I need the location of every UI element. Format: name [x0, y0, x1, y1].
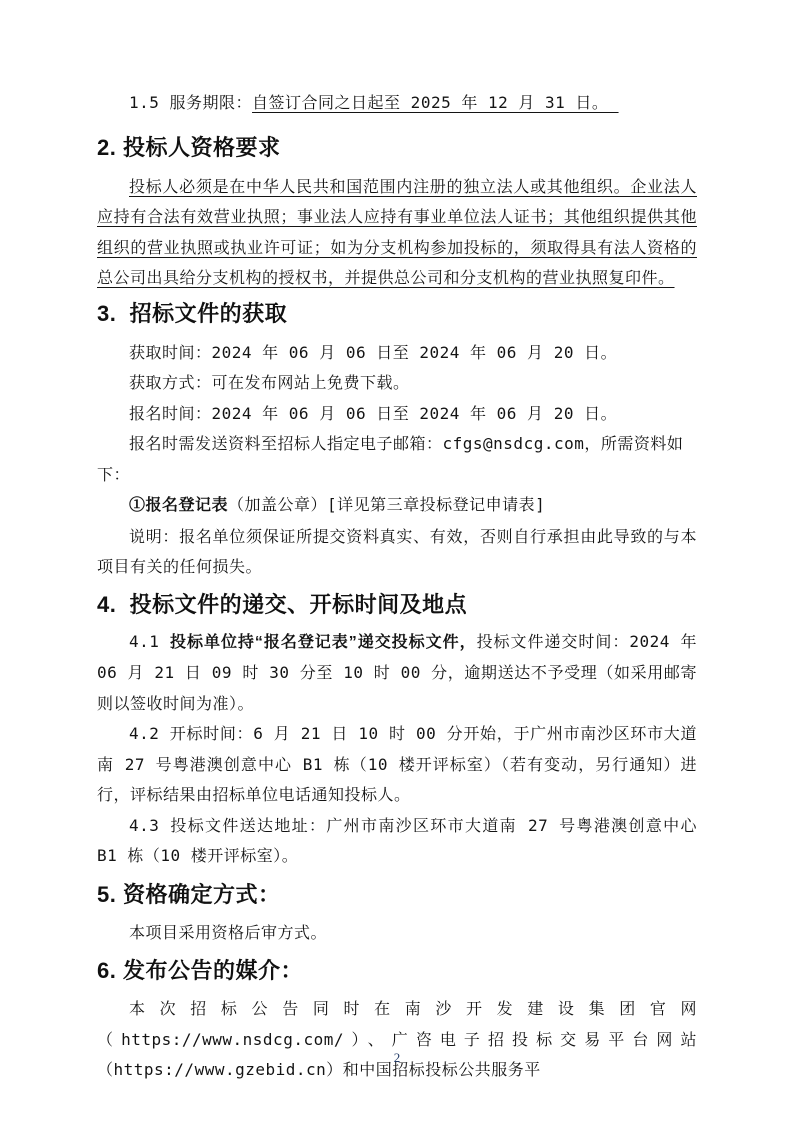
clause-1-5-value: 自签订合同之日起至 2025 年 12 月 31 日。 [252, 93, 619, 112]
clause-4-2: 4.2 开标时间：6 月 21 日 10 时 00 分开始，于广州市南沙区环市大… [97, 719, 697, 811]
clause-1-5: 1.5 服务期限：自签订合同之日起至 2025 年 12 月 31 日。 [97, 88, 697, 119]
clause-4-1-bold: 投标单位持“报名登记表”递交投标文件， [170, 634, 477, 651]
clause-4-3: 4.3 投标文件送达地址：广州市南沙区环市大道南 27 号粤港澳创意中心 B1 … [97, 811, 697, 872]
heading-section-3: 3. 招标文件的获取 [97, 299, 697, 329]
section-3-signup-time: 报名时间：2024 年 06 月 06 日至 2024 年 06 月 20 日。 [97, 399, 697, 430]
form-note: （加盖公章）[详见第三章投标登记申请表] [228, 495, 545, 514]
clause-4-1: 4.1 投标单位持“报名登记表”递交投标文件，投标文件递交时间：2024 年 0… [97, 627, 697, 720]
heading-section-6: 6. 发布公告的媒介： [97, 956, 697, 986]
heading-section-4: 4. 投标文件的递交、开标时间及地点 [97, 590, 697, 620]
section-3-form-item: ①报名登记表（加盖公章）[详见第三章投标登记申请表] [97, 490, 697, 522]
heading-section-5: 5. 资格确定方式： [97, 880, 697, 910]
section-3-obtain-time: 获取时间：2024 年 06 月 06 日至 2024 年 06 月 20 日。 [97, 338, 697, 369]
section-6-body: 本次招标公告同时在南沙开发建设集团官网（https://www.nsdcg.co… [97, 994, 697, 1086]
document-page: 1.5 服务期限：自签订合同之日起至 2025 年 12 月 31 日。 2. … [0, 0, 794, 1123]
section-3-note: 说明：报名单位须保证所提交资料真实、有效，否则自行承担由此导致的与本项目有关的任… [97, 522, 697, 583]
form-name: ①报名登记表 [129, 497, 228, 514]
heading-section-2: 2. 投标人资格要求 [97, 133, 697, 163]
page-number: 2 [0, 1050, 794, 1066]
section-3-signup-email: 报名时需发送资料至招标人指定电子邮箱：cfgs@nsdcg.com，所需资料如下… [97, 429, 697, 490]
clause-1-5-label: 1.5 服务期限： [129, 93, 252, 112]
section-3-obtain-method: 获取方式：可在发布网站上免费下载。 [97, 368, 697, 399]
section-2-body: 投标人必须是在中华人民共和国范围内注册的独立法人或其他组织。企业法人应持有合法有… [97, 172, 697, 294]
section-5-body: 本项目采用资格后审方式。 [97, 918, 697, 949]
document-content: 1.5 服务期限：自签订合同之日起至 2025 年 12 月 31 日。 2. … [0, 0, 794, 1086]
clause-4-1-number: 4.1 [129, 632, 170, 651]
